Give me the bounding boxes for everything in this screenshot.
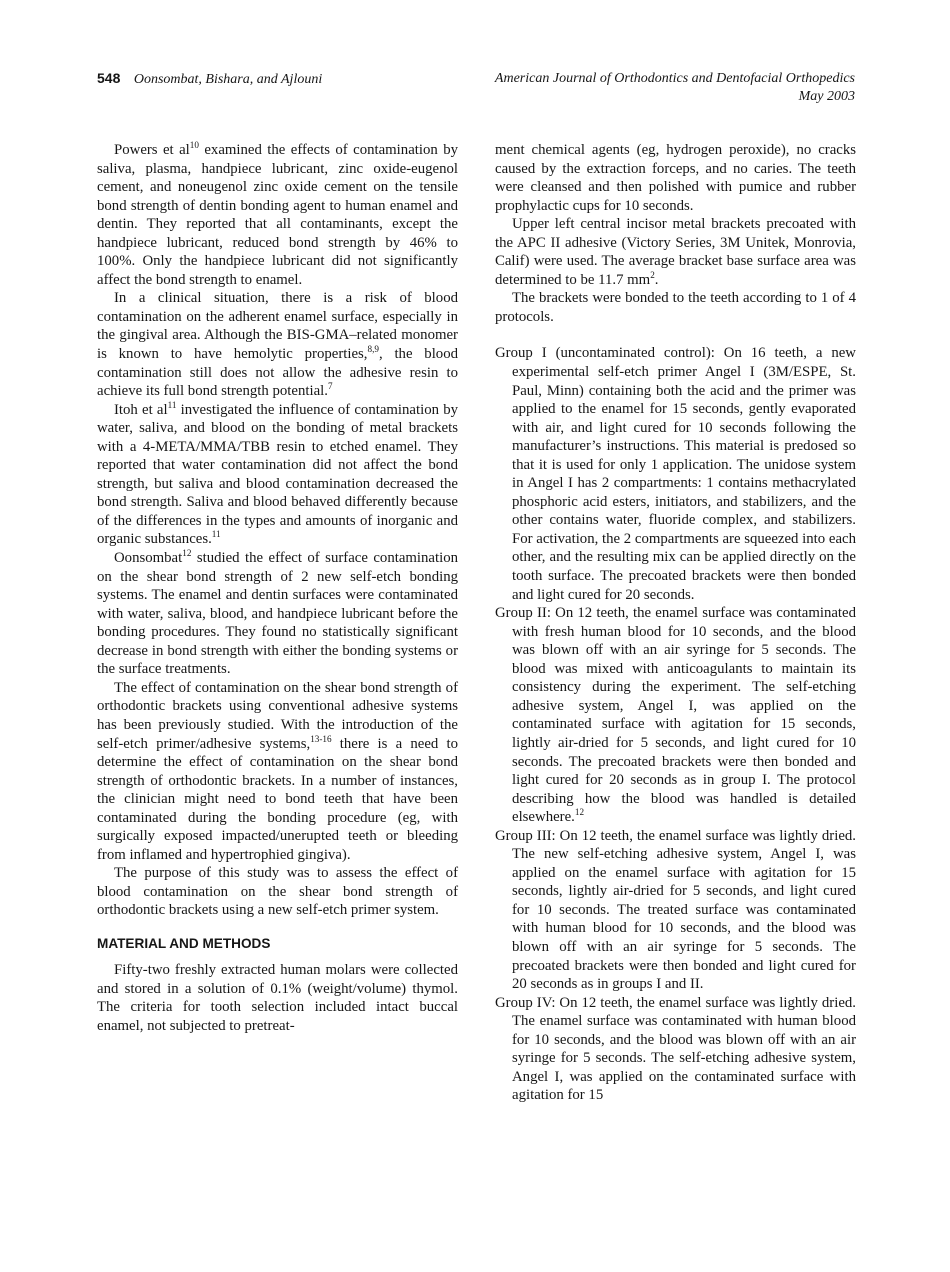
citation-superscript: 2 — [650, 270, 655, 280]
journal-page: 548 Oonsombat, Bishara, and Ajlouni Amer… — [0, 0, 950, 1272]
running-header-left: 548 Oonsombat, Bishara, and Ajlouni — [97, 70, 322, 88]
page-number: 548 — [97, 70, 120, 86]
paragraph: Group III: On 12 teeth, the enamel surfa… — [495, 827, 856, 994]
issue-date: May 2003 — [495, 88, 855, 106]
citation-superscript: 12 — [575, 807, 584, 817]
citation-superscript: 12 — [182, 548, 191, 558]
citation-superscript: 11 — [168, 400, 177, 410]
paragraph: The brackets were bonded to the teeth ac… — [495, 289, 856, 326]
journal-title: American Journal of Orthodontics and Den… — [495, 70, 855, 88]
running-authors: Oonsombat, Bishara, and Ajlouni — [134, 72, 322, 87]
section-heading: MATERIAL AND METHODS — [97, 935, 458, 952]
running-header: 548 Oonsombat, Bishara, and Ajlouni Amer… — [97, 70, 855, 106]
paragraph: Fifty-two freshly extracted human molars… — [97, 961, 458, 1035]
paragraph: Itoh et al11 investigated the influence … — [97, 401, 458, 549]
paragraph: Powers et al10 examined the effects of c… — [97, 141, 458, 289]
left-column: Powers et al10 examined the effects of c… — [97, 141, 458, 1105]
body-columns: Powers et al10 examined the effects of c… — [97, 141, 856, 1105]
right-column: ment chemical agents (eg, hydrogen perox… — [495, 141, 856, 1105]
citation-superscript: 11 — [212, 530, 221, 540]
paragraph: The purpose of this study was to assess … — [97, 864, 458, 920]
paragraph: Group IV: On 12 teeth, the enamel surfac… — [495, 994, 856, 1105]
paragraph: The effect of contamination on the shear… — [97, 679, 458, 864]
paragraph: In a clinical situation, there is a risk… — [97, 289, 458, 400]
paragraph: Upper left central incisor metal bracket… — [495, 215, 856, 289]
paragraph: Oonsombat12 studied the effect of surfac… — [97, 549, 458, 679]
paragraph: Group I (uncontaminated control): On 16 … — [495, 344, 856, 604]
paragraph: ment chemical agents (eg, hydrogen perox… — [495, 141, 856, 215]
citation-superscript: 13-16 — [310, 734, 331, 744]
citation-superscript: 8,9 — [368, 344, 379, 354]
citation-superscript: 10 — [190, 140, 199, 150]
citation-superscript: 7 — [328, 381, 333, 391]
paragraph: Group II: On 12 teeth, the enamel surfac… — [495, 604, 856, 827]
running-header-right: American Journal of Orthodontics and Den… — [495, 70, 855, 106]
